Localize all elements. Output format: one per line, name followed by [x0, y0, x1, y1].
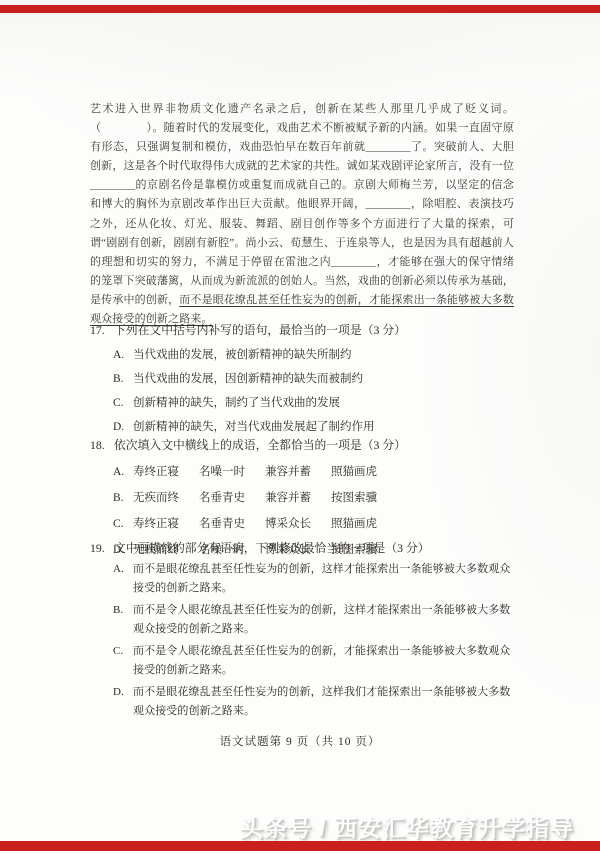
top-red-bar [0, 5, 600, 13]
option-idioms: 无疾而终名垂青史兼容并蓄按图索骥 [133, 490, 514, 506]
option-text: 当代戏曲的发展，被创新精神的缺失所制约 [133, 347, 514, 363]
question-19-option-d: D. 而不是眼花缭乱甚至任性妄为的创新，这样我们才能探索出一条能够被大多数观众接… [90, 683, 514, 721]
question-19-option-a: A. 而不是眼花缭乱甚至任性妄为的创新，这样才能探索出一条能够被大多数观众接受的… [90, 560, 514, 598]
question-17: 17. 下列在文中括号内补写的语句，最恰当的一项是（3 分） A. 当代戏曲的发… [90, 322, 514, 435]
option-label: D. [113, 419, 133, 435]
question-18-option-b: B. 无疾而终名垂青史兼容并蓄按图索骥 [90, 490, 514, 506]
option-label: C. [113, 642, 133, 680]
idiom: 照猫画虎 [331, 464, 377, 480]
option-label: C. [113, 516, 133, 532]
option-text: 而不是令人眼花缭乱甚至任性妄为的创新，才能探索出一条能够被大多数观众接受的创新之… [133, 642, 514, 680]
option-text: 而不是眼花缭乱甚至任性妄为的创新，这样我们才能探索出一条能够被大多数观众接受的创… [133, 683, 514, 721]
option-text: 而不是令人眼花缭乱甚至任性妄为的创新，这样才能探索出一条能够被大多数观众接受的创… [133, 601, 514, 639]
idiom: 名噪一时 [199, 464, 245, 480]
question-18-option-c: C. 寿终正寝名垂青史博采众长照猫画虎 [90, 516, 514, 532]
question-19-option-c: C. 而不是令人眼花缭乱甚至任性妄为的创新，才能探索出一条能够被大多数观众接受的… [90, 642, 514, 680]
idiom: 无疾而终 [133, 490, 179, 506]
option-label: C. [113, 395, 133, 411]
option-idioms: 寿终正寝名噪一时兼容并蓄照猫画虎 [133, 464, 514, 480]
idiom: 兼容并蓄 [265, 490, 311, 506]
question-17-option-b: B. 当代戏曲的发展，因创新精神的缺失而被制约 [90, 371, 514, 387]
option-label: D. [113, 683, 133, 721]
option-label: A. [113, 347, 133, 363]
idiom: 兼容并蓄 [265, 464, 311, 480]
question-18-option-a: A. 寿终正寝名噪一时兼容并蓄照猫画虎 [90, 464, 514, 480]
question-17-option-d: D. 创新精神的缺失，对当代戏曲发展起了制约作用 [90, 419, 514, 435]
question-17-option-a: A. 当代戏曲的发展，被创新精神的缺失所制约 [90, 347, 514, 363]
option-label: A. [113, 464, 133, 480]
option-label: B. [113, 601, 133, 639]
bottom-red-bar [0, 841, 600, 851]
option-label: B. [113, 490, 133, 506]
option-text: 而不是眼花缭乱甚至任性妄为的创新，这样才能探索出一条能够被大多数观众接受的创新之… [133, 560, 514, 598]
option-idioms: 寿终正寝名垂青史博采众长照猫画虎 [133, 516, 514, 532]
option-label: A. [113, 560, 133, 598]
question-19: 19. 文中画横线的部分有语病，下列修改最恰当的一项是（3 分） A. 而不是眼… [90, 540, 514, 721]
question-17-stem: 17. 下列在文中括号内补写的语句，最恰当的一项是（3 分） [90, 322, 514, 339]
passage-text: 艺术进入世界非物质文化遗产名录之后，创新在某些人那里几乎成了贬义词。（ ）。随着… [90, 103, 514, 306]
question-18-stem: 18. 依次填入文中横线上的成语，全都恰当的一项是（3 分） [90, 437, 514, 454]
idiom: 博采众长 [265, 516, 311, 532]
question-19-stem: 19. 文中画横线的部分有语病，下列修改最恰当的一项是（3 分） [90, 540, 514, 557]
question-19-number: 19. [90, 540, 114, 557]
page-footer: 语文试题第 9 页（共 10 页） [0, 733, 600, 749]
question-17-number: 17. [90, 322, 114, 339]
option-text: 当代戏曲的发展，因创新精神的缺失而被制约 [133, 371, 514, 387]
question-19-stem-text: 文中画横线的部分有语病，下列修改最恰当的一项是（3 分） [114, 540, 514, 557]
idiom: 照猫画虎 [331, 516, 377, 532]
question-17-stem-text: 下列在文中括号内补写的语句，最恰当的一项是（3 分） [114, 322, 514, 339]
idiom: 名垂青史 [199, 516, 245, 532]
idiom: 寿终正寝 [133, 464, 179, 480]
idiom: 寿终正寝 [133, 516, 179, 532]
question-19-option-b: B. 而不是令人眼花缭乱甚至任性妄为的创新，这样才能探索出一条能够被大多数观众接… [90, 601, 514, 639]
toutiao-watermark: 头条号 / 西安汇华教育升学指导 [240, 810, 574, 843]
question-18-number: 18. [90, 437, 114, 454]
question-18-stem-text: 依次填入文中横线上的成语，全都恰当的一项是（3 分） [114, 437, 514, 454]
question-17-option-c: C. 创新精神的缺失，制约了当代戏曲的发展 [90, 395, 514, 411]
exam-scan-page: 艺术进入世界非物质文化遗产名录之后，创新在某些人那里几乎成了贬义词。（ ）。随着… [0, 0, 600, 854]
idiom: 按图索骥 [331, 490, 377, 506]
option-text: 创新精神的缺失，制约了当代戏曲的发展 [133, 395, 514, 411]
reading-passage: 艺术进入世界非物质文化遗产名录之后，创新在某些人那里几乎成了贬义词。（ ）。随着… [90, 100, 514, 329]
option-text: 创新精神的缺失，对当代戏曲发展起了制约作用 [133, 419, 514, 435]
option-label: B. [113, 371, 133, 387]
idiom: 名垂青史 [199, 490, 245, 506]
